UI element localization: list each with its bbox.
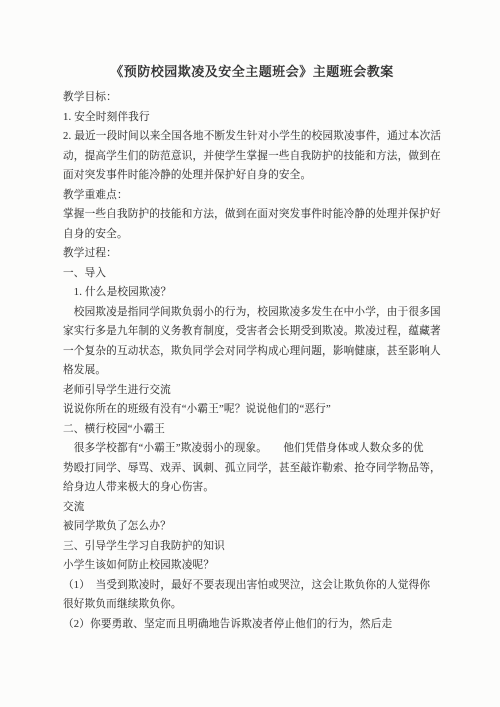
text-line: 2. 最近一段时间以来全国各地不断发生针对小学生的校园欺凌事件，通过本次活 (63, 127, 441, 147)
text-line: 一个复杂的互动状态，欺负同学会对同学构成心理问题，影响健康，甚至影响人 (63, 342, 441, 362)
text-line: 1. 什么是校园欺凌？ (63, 283, 441, 303)
text-line: 很多学校都有“小霸王”欺凌弱小的现象。 他们凭借身体或人数众多的优 (63, 439, 441, 459)
text-line: 面对突发事件时能冷静的处理并保护好自身的安全。 (63, 166, 441, 186)
document-body: 教学目标：1. 安全时刻伴我行2. 最近一段时间以来全国各地不断发生针对小学生的… (63, 88, 441, 634)
text-line: 掌握一些自我防护的技能和方法，做到在面对突发事件时能冷静的处理并保护好 (63, 205, 441, 225)
text-line: 1. 安全时刻伴我行 (63, 108, 441, 128)
text-line: 校园欺凌是指同学间欺负弱小的行为，校园欺凌多发生在中小学，由于很多国 (63, 303, 441, 323)
document-title: 《预防校园欺凌及安全主题班会》主题班会教案 (63, 64, 441, 80)
text-line: 格发展。 (63, 361, 441, 381)
text-line: 二、横行校园“小霸王 (63, 420, 441, 440)
text-line: 自身的安全。 (63, 225, 441, 245)
text-line: （2）你要勇敢、坚定而且明确地告诉欺凌者停止他们的行为，然后走 (63, 615, 441, 635)
text-line: 很好欺负而继续欺负你。 (63, 595, 441, 615)
text-line: 老师引导学生进行交流 (63, 381, 441, 401)
text-line: （1） 当受到欺凌时，最好不要表现出害怕或哭泣，这会让欺负你的人觉得你 (63, 576, 441, 596)
text-line: 一、导入 (63, 264, 441, 284)
document-page: 《预防校园欺凌及安全主题班会》主题班会教案 教学目标：1. 安全时刻伴我行2. … (0, 0, 500, 707)
text-line: 教学重难点： (63, 186, 441, 206)
text-line: 小学生该如何防止校园欺凌呢？ (63, 556, 441, 576)
text-line: 说说你所在的班级有没有“小霸王”呢？说说他们的“恶行” (63, 400, 441, 420)
text-line: 教学目标： (63, 88, 441, 108)
text-line: 交流 (63, 498, 441, 518)
text-line: 给身边人带来极大的身心伤害。 (63, 478, 441, 498)
text-line: 被同学欺负了怎么办？ (63, 517, 441, 537)
text-line: 三、引导学生学习自我防护的知识 (63, 537, 441, 557)
text-line: 动，提高学生们的防范意识，并使学生掌握一些自我防护的技能和方法，做到在 (63, 147, 441, 167)
text-line: 势殴打同学、辱骂、戏弄、讽刺、孤立同学，甚至敲诈勒索、抢夺同学物品等， (63, 459, 441, 479)
text-line: 家实行多是九年制的义务教育制度，受害者会长期受到欺凌。欺凌过程，蕴藏著 (63, 322, 441, 342)
text-line: 教学过程： (63, 244, 441, 264)
